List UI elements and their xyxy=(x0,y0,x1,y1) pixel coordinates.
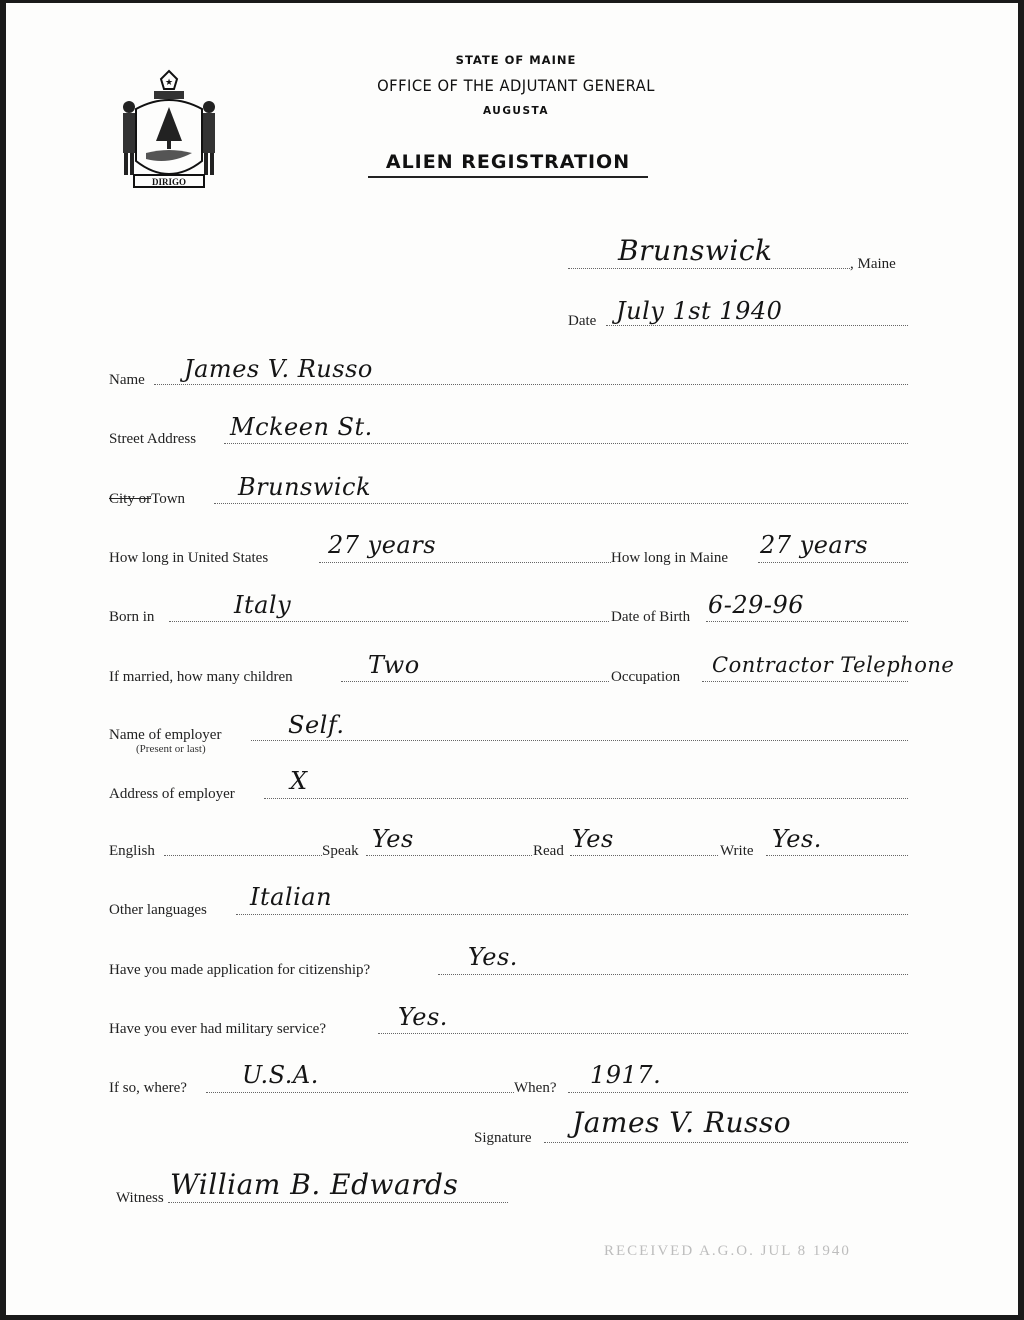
english-line xyxy=(164,855,322,856)
witness-line xyxy=(168,1202,508,1203)
when-value: 1917. xyxy=(590,1063,661,1087)
employer-address-label: Address of employer xyxy=(109,785,235,803)
location-value: Brunswick xyxy=(618,239,772,263)
occupation-line xyxy=(702,681,908,682)
town-label-text: Town xyxy=(151,491,185,507)
witness-value: William B. Edwards xyxy=(170,1173,458,1197)
witness-label: Witness xyxy=(116,1189,164,1207)
employer-line xyxy=(251,740,908,741)
form-title: ALIEN REGISTRATION xyxy=(368,151,648,178)
other-languages-value: Italian xyxy=(250,885,332,909)
when-label: When? xyxy=(514,1079,556,1097)
born-in-label: Born in xyxy=(109,608,154,626)
citizenship-label: Have you made application for citizenshi… xyxy=(109,961,370,979)
other-languages-label: Other languages xyxy=(109,901,207,919)
occupation-label: Occupation xyxy=(611,668,680,686)
maine-duration-label: How long in Maine xyxy=(611,549,728,567)
citizenship-line xyxy=(438,974,908,975)
other-languages-line xyxy=(236,914,908,915)
date-value: July 1st 1940 xyxy=(616,299,782,323)
military-line xyxy=(378,1033,908,1034)
employer-address-line xyxy=(264,798,908,799)
us-duration-value: 27 years xyxy=(328,533,436,557)
maine-duration-line xyxy=(758,562,908,563)
born-in-line xyxy=(169,621,609,622)
read-label: Read xyxy=(533,842,564,860)
maine-duration-value: 27 years xyxy=(760,533,868,557)
where-value: U.S.A. xyxy=(242,1063,319,1087)
us-duration-line xyxy=(319,562,611,563)
dob-line xyxy=(706,621,908,622)
date-line xyxy=(606,325,908,326)
maine-state-seal-icon: ★ DIRIGO xyxy=(114,69,224,193)
street-value: Mckeen St. xyxy=(230,415,373,439)
state-heading: STATE OF MAINE xyxy=(306,53,726,67)
signature-line xyxy=(544,1142,908,1143)
name-value: James V. Russo xyxy=(184,357,373,381)
children-value: Two xyxy=(368,653,420,677)
dob-label: Date of Birth xyxy=(611,608,690,626)
date-label: Date xyxy=(568,312,596,330)
street-line xyxy=(224,443,908,444)
name-line xyxy=(154,384,908,385)
children-label: If married, how many children xyxy=(109,668,293,686)
name-label: Name xyxy=(109,371,145,389)
where-label: If so, where? xyxy=(109,1079,187,1097)
dob-value: 6-29-96 xyxy=(708,593,804,617)
town-value: Brunswick xyxy=(238,475,371,499)
town-line xyxy=(214,503,908,504)
employer-address-value: X xyxy=(290,769,308,793)
born-in-value: Italy xyxy=(234,593,291,617)
received-stamp: RECEIVED A.G.O. JUL 8 1940 xyxy=(604,1243,851,1260)
write-value: Yes. xyxy=(772,827,822,851)
speak-value: Yes xyxy=(372,827,414,851)
alien-registration-form: ★ DIRIGO STATE OF MAINE OFFICE OF THE AD… xyxy=(6,3,1018,1315)
employer-sublabel: (Present or last) xyxy=(136,743,206,755)
town-label-struck: City or xyxy=(109,491,151,507)
street-label: Street Address xyxy=(109,430,196,448)
svg-text:DIRIGO: DIRIGO xyxy=(152,177,186,187)
svg-text:★: ★ xyxy=(165,77,173,87)
speak-label: Speak xyxy=(322,842,359,860)
when-line xyxy=(568,1092,908,1093)
signature-value: James V. Russo xyxy=(572,1111,791,1135)
occupation-value: Contractor Telephone xyxy=(712,653,954,677)
state-suffix: , Maine xyxy=(850,255,896,273)
speak-line xyxy=(366,855,532,856)
us-duration-label: How long in United States xyxy=(109,549,268,567)
town-label: City orTown xyxy=(109,490,185,508)
children-line xyxy=(341,681,609,682)
english-label: English xyxy=(109,842,155,860)
where-line xyxy=(206,1092,514,1093)
employer-value: Self. xyxy=(288,713,344,737)
military-value: Yes. xyxy=(398,1005,448,1029)
read-line xyxy=(570,855,718,856)
write-label: Write xyxy=(720,842,754,860)
read-value: Yes xyxy=(572,827,614,851)
city-heading: AUGUSTA xyxy=(306,105,726,117)
location-line xyxy=(568,268,850,269)
signature-label: Signature xyxy=(474,1129,532,1147)
military-label: Have you ever had military service? xyxy=(109,1020,326,1038)
employer-label: Name of employer xyxy=(109,726,221,744)
office-heading: OFFICE OF THE ADJUTANT GENERAL xyxy=(323,76,709,95)
write-line xyxy=(766,855,908,856)
citizenship-value: Yes. xyxy=(468,945,518,969)
